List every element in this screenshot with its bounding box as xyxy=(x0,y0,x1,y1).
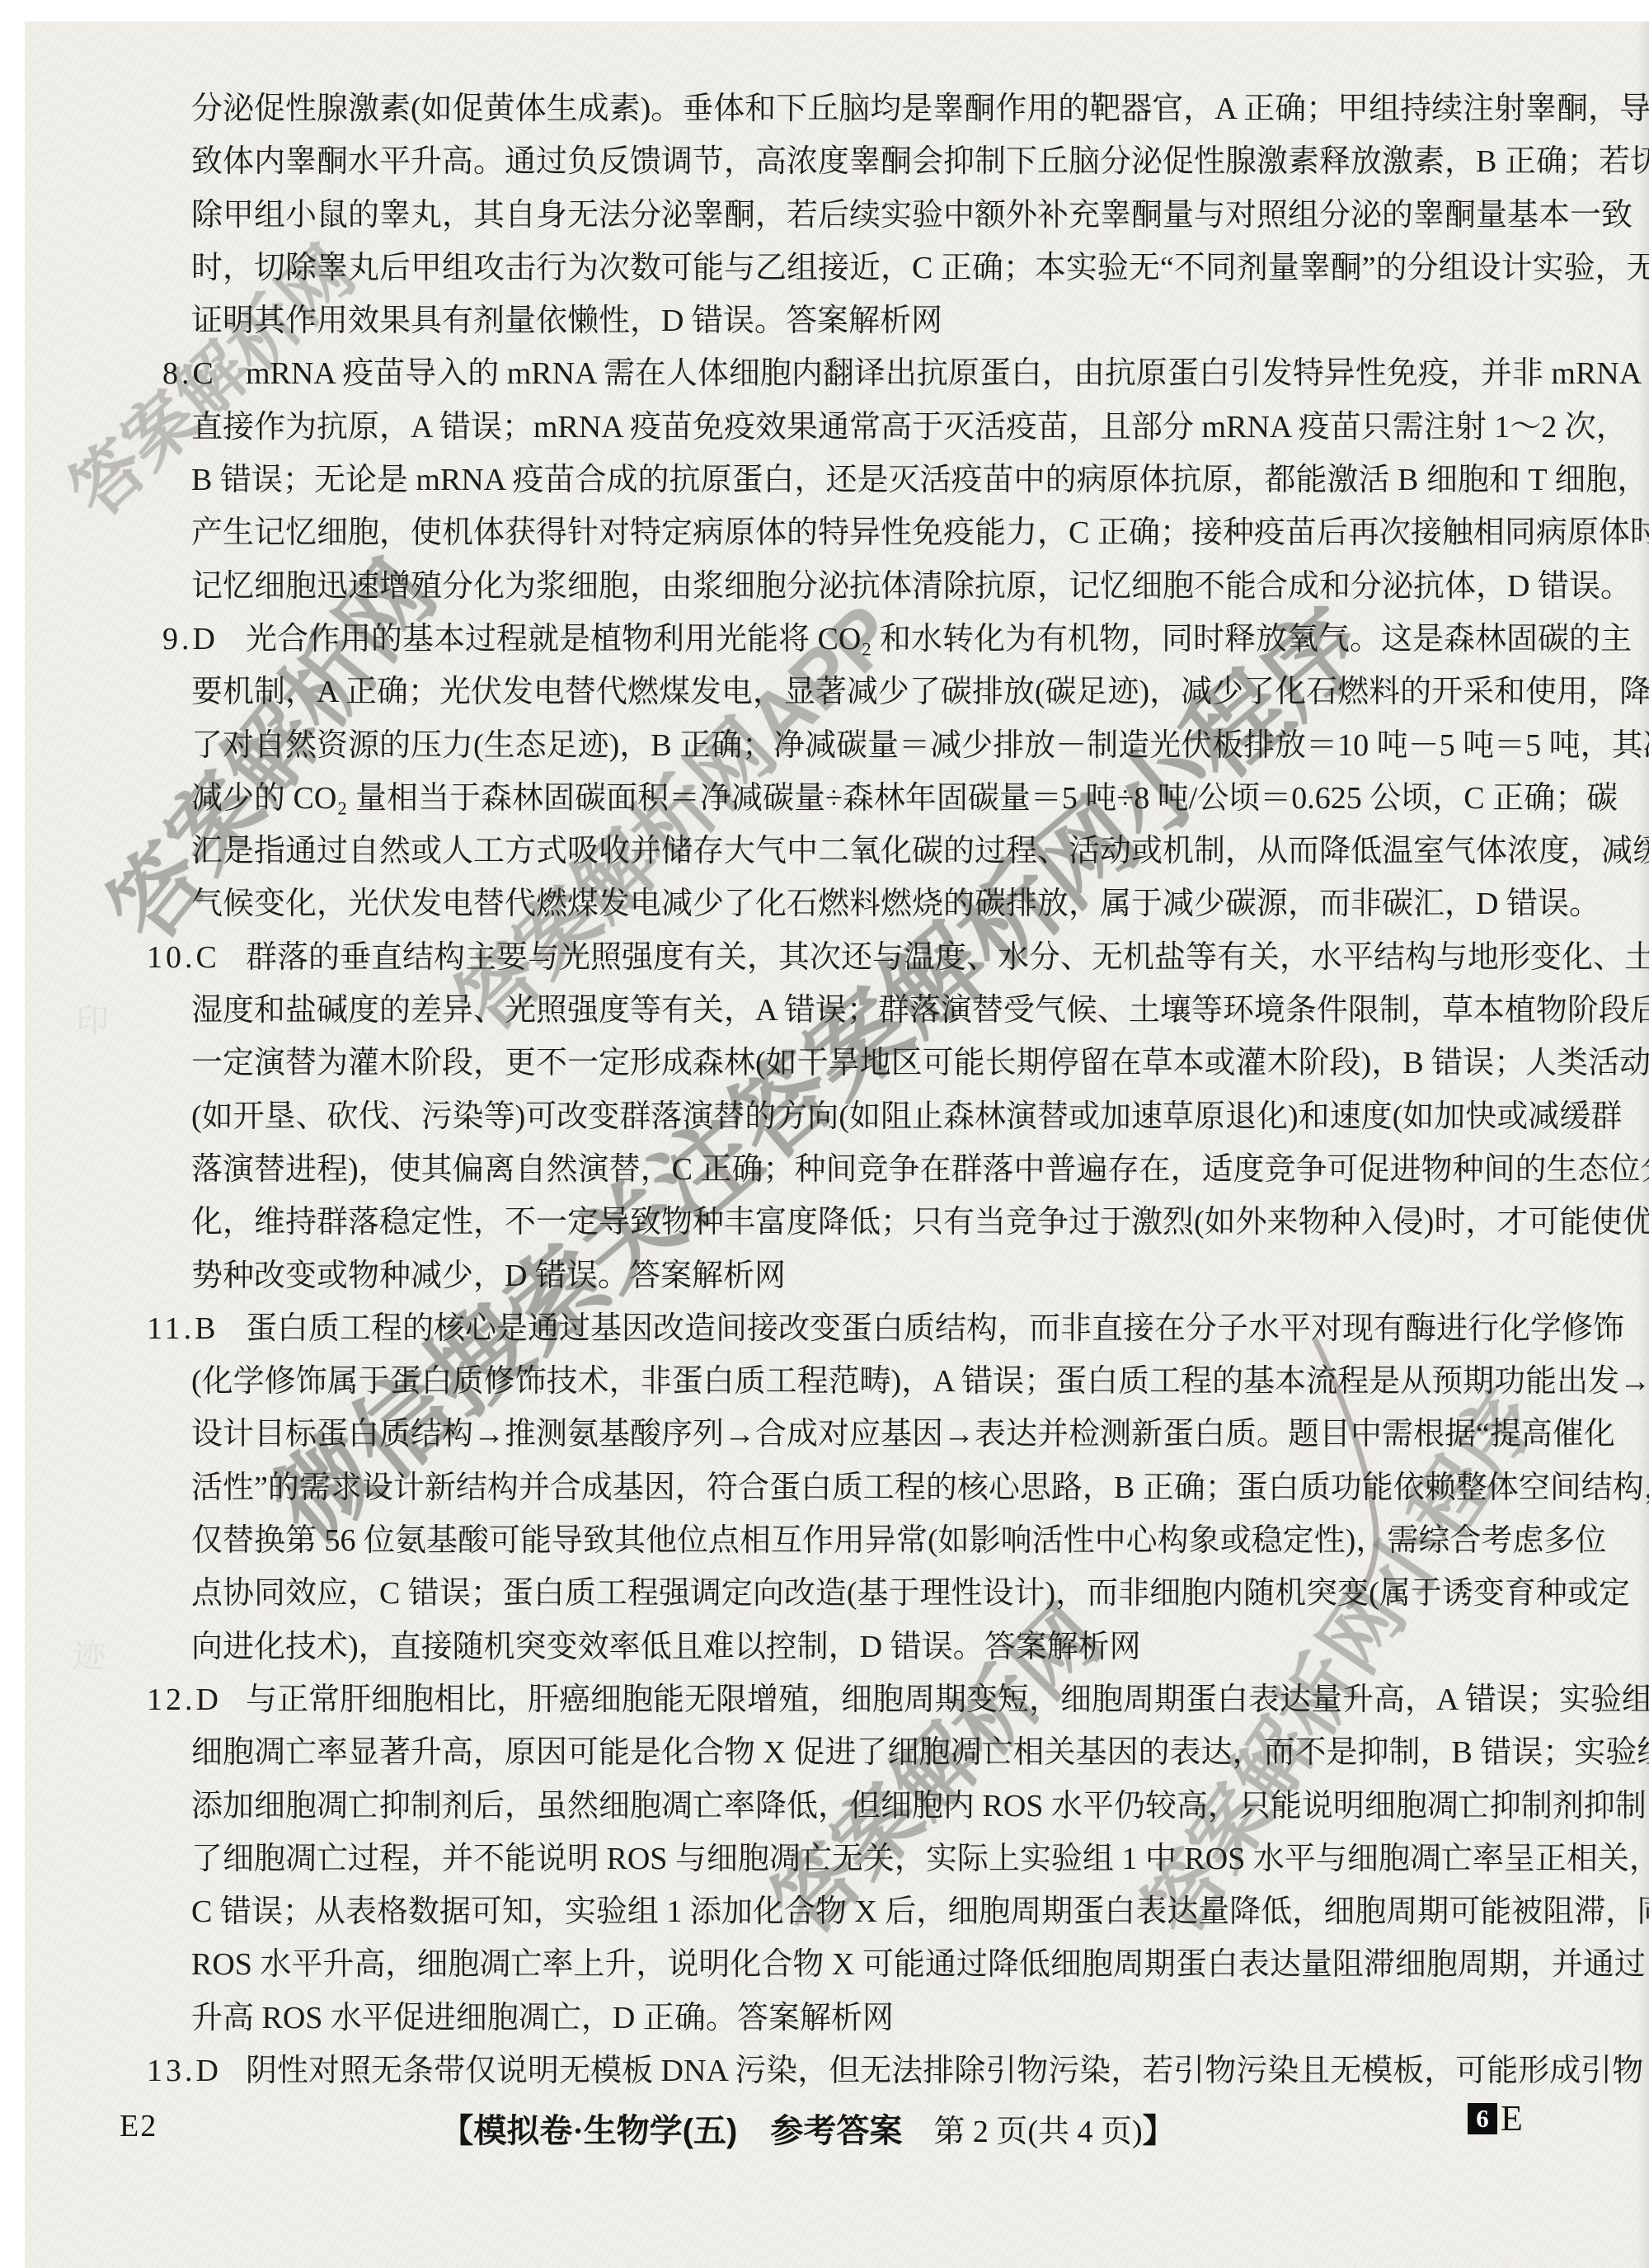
text-line: 一定演替为灌木阶段，更不一定形成森林(如干旱地区可能长期停留在草本或灌木阶段)，… xyxy=(191,1037,1514,1089)
text-line: 设计目标蛋白质结构→推测氨基酸序列→合成对应基因→表达并检测新蛋白质。题目中需根… xyxy=(191,1408,1514,1461)
text-line: 证明其作用效果具有剂量依懒性，D 错误。答案解析网 xyxy=(191,294,1514,347)
text-line: B 错误；无论是 mRNA 疫苗合成的抗原蛋白，还是灭活疫苗中的病原体抗原，都能… xyxy=(191,454,1514,506)
text-line: 化，维持群落稳定性，不一定导致物种丰富度降低；只有当竞争过于激烈(如外来物种入侵… xyxy=(191,1196,1514,1249)
text-line: 致体内睾酮水平升高。通过负反馈调节，高浓度睾酮会抑制下丘脑分泌促性腺激素释放激素… xyxy=(191,135,1514,188)
text-line: 落演替进程)，使其偏离自然演替，C 正确；种间竞争在群落中普遍存在，适度竞争可促… xyxy=(191,1143,1514,1196)
text-line: 除甲组小鼠的睾丸，其自身无法分泌睾酮，若后续实验中额外补充睾酮量与对照组分泌的睾… xyxy=(191,189,1514,242)
bleedthrough-smudge: 迹 xyxy=(73,1630,106,1677)
text-line: 细胞凋亡率显著升高，原因可能是化合物 X 促进了细胞凋亡相关基因的表达，而不是抑… xyxy=(191,1726,1514,1779)
footer-subject: 生物学(五) xyxy=(584,2113,738,2149)
footer-bracket-open: 【 xyxy=(440,2112,473,2149)
footer-badge-number: 6 xyxy=(1468,2103,1497,2134)
footer-badge-letter: E xyxy=(1501,2103,1523,2134)
text-line: 9.D光合作用的基本过程就是植物利用光能将 CO₂ 和水转化为有机物，同时释放氧… xyxy=(191,613,1514,666)
text-line: 分泌促性腺激素(如促黄体生成素)。垂体和下丘脑均是睾酮作用的靶器官，A 正确；甲… xyxy=(191,82,1514,135)
text-line: ROS 水平升高，细胞凋亡率上升，说明化合物 X 可能通过降低细胞周期蛋白表达量… xyxy=(191,1938,1514,1991)
text-line: 向进化技术)，直接随机突变效率低且难以控制，D 错误。答案解析网 xyxy=(191,1621,1514,1673)
text-line: 要机制，A 正确；光伏发电替代燃煤发电，显著减少了碳排放(碳足迹)，减少了化石燃… xyxy=(191,666,1514,718)
text-line: 产生记忆细胞，使机体获得针对特定病原体的特异性免疫能力，C 正确；接种疫苗后再次… xyxy=(191,506,1514,559)
text-line: 减少的 CO₂ 量相当于森林固碳面积＝净减碳量÷森林年固碳量＝5 吨÷8 吨/公… xyxy=(191,772,1514,825)
answer-item-continuation: 分泌促性腺激素(如促黄体生成素)。垂体和下丘脑均是睾酮作用的靶器官，A 正确；甲… xyxy=(191,82,1514,347)
text-line: 13.D阴性对照无条带仅说明无模板 DNA 污染，但无法排除引物污染，若引物污染… xyxy=(191,2044,1514,2097)
footer-bracket-close: 】 xyxy=(1143,2112,1176,2149)
text-line: 活性”的需求设计新结构并合成基因，符合蛋白质工程的核心思路，B 正确；蛋白质功能… xyxy=(191,1461,1514,1514)
item-number: 11.B xyxy=(147,1302,218,1355)
footer-series: 模拟卷· xyxy=(473,2112,583,2149)
text-line: 直接作为抗原，A 错误；mRNA 疫苗免疫效果通常高于灭活疫苗，且部分 mRNA… xyxy=(191,401,1514,454)
text-line: 湿度和盐碱度的差异、光照强度等有关，A 错误；群落演替受气候、土壤等环境条件限制… xyxy=(191,984,1514,1037)
text-line: 点协同效应，C 错误；蛋白质工程强调定向改造(基于理性设计)，而非细胞内随机突变… xyxy=(191,1567,1514,1620)
bleedthrough-smudge: 印 xyxy=(76,995,109,1042)
text-line: 汇是指通过自然或人工方式吸收并储存大气中二氧化碳的过程、活动或机制，从而降低温室… xyxy=(191,825,1514,878)
scanned-exam-answer-page: { "page": { "background": "#f1efe9", "te… xyxy=(0,0,1649,2268)
text-line: 8.CmRNA 疫苗导入的 mRNA 需在人体细胞内翻译出抗原蛋白，由抗原蛋白引… xyxy=(191,347,1514,400)
answer-item-12-D: 12.D与正常肝细胞相比，肝癌细胞能无限增殖，细胞周期变短，细胞周期蛋白表达量升… xyxy=(191,1673,1514,2044)
text-line: 添加细胞凋亡抑制剂后，虽然细胞凋亡率降低，但细胞内 ROS 水平仍较高，只能说明… xyxy=(191,1780,1514,1833)
item-number: 13.D xyxy=(147,2044,222,2097)
text-line: C 错误；从表格数据可知，实验组 1 添加化合物 X 后，细胞周期蛋白表达量降低… xyxy=(191,1885,1514,1938)
answer-item-8-C: 8.CmRNA 疫苗导入的 mRNA 需在人体细胞内翻译出抗原蛋白，由抗原蛋白引… xyxy=(191,347,1514,612)
text-line: 仅替换第 56 位氨基酸可能导致其他位点相互作用异常(如影响活性中心构象或稳定性… xyxy=(191,1514,1514,1567)
text-line: 势种改变或物种减少，D 错误。答案解析网 xyxy=(191,1249,1514,1302)
text-line: 记忆细胞迅速增殖分化为浆细胞，由浆细胞分泌抗体清除抗原，记忆细胞不能合成和分泌抗… xyxy=(191,560,1514,613)
text-line: 了细胞凋亡过程，并不能说明 ROS 与细胞凋亡无关，实际上实验组 1 中 ROS… xyxy=(191,1833,1514,1885)
text-line: 了对自然资源的压力(生态足迹)，B 正确；净减碳量＝减少排放－制造光伏板排放＝1… xyxy=(191,719,1514,772)
item-number: 10.C xyxy=(147,931,220,984)
answer-item-13-D: 13.D阴性对照无条带仅说明无模板 DNA 污染，但无法排除引物污染，若引物污染… xyxy=(191,2044,1514,2097)
footer-title: 【模拟卷·生物学(五) 参考答案 第 2 页(共 4 页)】 xyxy=(313,2105,1303,2152)
page-footer: E2 【模拟卷·生物学(五) 参考答案 第 2 页(共 4 页)】 6E xyxy=(25,2098,1649,2156)
text-line: 气候变化，光伏发电替代燃煤发电减少了化石燃料燃烧的碳排放，属于减少碳源，而非碳汇… xyxy=(191,878,1514,930)
text-line: 10.C群落的垂直结构主要与光照强度有关，其次还与温度、水分、无机盐等有关，水平… xyxy=(191,931,1514,984)
text-line: 12.D与正常肝细胞相比，肝癌细胞能无限增殖，细胞周期变短，细胞周期蛋白表达量升… xyxy=(191,1673,1514,1726)
text-line: (化学修饰属于蛋白质修饰技术，非蛋白质工程范畴)，A 错误；蛋白质工程的基本流程… xyxy=(191,1355,1514,1408)
text-line: 时，切除睾丸后甲组攻击行为次数可能与乙组接近，C 正确；本实验无“不同剂量睾酮”… xyxy=(191,242,1514,294)
text-line: 11.B蛋白质工程的核心是通过基因改造间接改变蛋白质结构，而非直接在分子水平对现… xyxy=(191,1302,1514,1355)
answer-item-11-B: 11.B蛋白质工程的核心是通过基因改造间接改变蛋白质结构，而非直接在分子水平对现… xyxy=(191,1302,1514,1673)
answer-item-10-C: 10.C群落的垂直结构主要与光照强度有关，其次还与温度、水分、无机盐等有关，水平… xyxy=(191,931,1514,1302)
scanned-page: 答案解析网答案解析网答案解析网APP微信搜索关注答案解析网小程序答案解析网答案解… xyxy=(25,21,1649,2268)
footer-code-left: E2 xyxy=(120,2108,157,2144)
text-line: (如开垦、砍伐、污染等)可改变群落演替的方向(如阻止森林演替或加速草原退化)和速… xyxy=(191,1090,1514,1143)
footer-code-right: 6E xyxy=(1468,2103,1523,2134)
answer-key-content: 分泌促性腺激素(如促黄体生成素)。垂体和下丘脑均是睾酮作用的靶器官，A 正确；甲… xyxy=(191,82,1514,2097)
footer-answer-label: 参考答案 xyxy=(737,2113,902,2149)
footer-page-number: 第 2 页(共 4 页) xyxy=(902,2115,1142,2149)
item-number: 8.C xyxy=(162,347,217,400)
text-line: 升高 ROS 水平促进细胞凋亡，D 正确。答案解析网 xyxy=(191,1992,1514,2044)
answer-item-9-D: 9.D光合作用的基本过程就是植物利用光能将 CO₂ 和水转化为有机物，同时释放氧… xyxy=(191,613,1514,931)
item-number: 9.D xyxy=(162,613,218,666)
item-number: 12.D xyxy=(147,1673,222,1726)
